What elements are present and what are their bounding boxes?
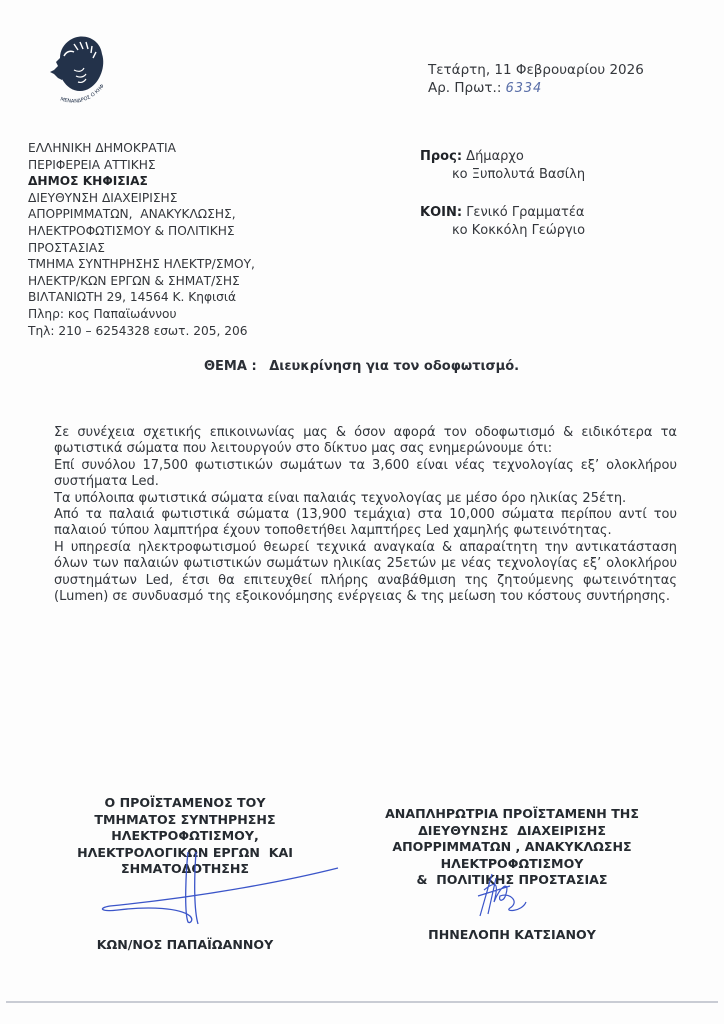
body-paragraph: Σε συνέχεια σχετικής επικοινωνίας μας & … — [54, 425, 677, 458]
sender-phone: Τηλ: 210 – 6254328 εσωτ. 205, 206 — [28, 323, 255, 340]
document-meta: Τετάρτη, 11 Φεβρουαρίου 2026 Αρ. Πρωτ.: … — [428, 61, 644, 97]
subject-line: ΘΕΜΑ : Διευκρίνηση για τον οδοφωτισμό. — [204, 359, 519, 374]
sender-line: ΠΕΡΙΦΕΡΕΙΑ ΑΤΤΙΚΗΣ — [28, 157, 255, 174]
to-label: Προς: — [420, 149, 462, 164]
signature-title-line: ΑΝΑΠΛΗΡΩΤΡΙΑ ΠΡΟΪΣΤΑΜΕΝΗ ΤΗΣ — [352, 806, 672, 823]
cc-recipient-name: κο Κοκκόλη Γεώργιο — [420, 222, 585, 240]
signature-title-line: ΔΙΕΥΘΥΝΣΗΣ ΔΙΑΧΕΙΡΙΣΗΣ — [352, 823, 672, 840]
body-paragraph: Επί συνόλου 17,500 φωτιστικών σωμάτων τα… — [54, 458, 677, 491]
protocol-number-row: Αρ. Πρωτ.: 6334 — [428, 79, 644, 97]
signature-title-line: ΑΠΟΡΡΙΜΜΑΤΩΝ , ΑΝΑΚΥΚΛΩΣΗΣ — [352, 839, 672, 856]
menander-head-icon: ΜΕΝΑΝΔΡΟΣ Ο ΚΗΦΙΣΙΕΥΣ — [40, 30, 112, 112]
to-recipient-name: κο Ξυπολυτά Βασίλη — [420, 166, 585, 184]
signature-title-line: ΗΛΕΚΤΡΟΦΩΤΙΣΜΟΥ — [352, 856, 672, 873]
to-recipient-title: Δήμαρχο — [466, 149, 524, 164]
page-bottom-rule — [6, 1001, 718, 1003]
subject-text: Διευκρίνηση για τον οδοφωτισμό. — [269, 359, 519, 374]
sender-block: ΕΛΛΗΝΙΚΗ ΔΗΜΟΚΡΑΤΙΑ ΠΕΡΙΦΕΡΕΙΑ ΑΤΤΙΚΗΣ Δ… — [28, 140, 255, 339]
sender-line: ΕΛΛΗΝΙΚΗ ΔΗΜΟΚΡΑΤΙΑ — [28, 140, 255, 157]
cc-recipient-title: Γενικό Γραμματέα — [466, 205, 584, 220]
signature-title-line: ΗΛΕΚΤΡΟΦΩΤΙΣΜΟΥ, — [50, 828, 320, 845]
signature-title-line: Ο ΠΡΟΪΣΤΑΜΕΝΟΣ ΤΟΥ — [50, 795, 320, 812]
signatory-name-right: ΠΗΝΕΛΟΠΗ ΚΑΤΣΙΑΝΟΥ — [352, 927, 672, 944]
sender-contact: Πληρ: κος Παπαϊωάννου — [28, 306, 255, 323]
cc-label: ΚΟΙΝ: — [420, 205, 462, 220]
sender-line: ΑΠΟΡΡΙΜΜΑΤΩΝ, ΑΝΑΚΥΚΛΩΣΗΣ, — [28, 206, 255, 223]
body-paragraph: Από τα παλαιά φωτιστικά σώματα (13,900 τ… — [54, 507, 677, 540]
sender-line: ΗΛΕΚΤΡ/ΚΩΝ ΕΡΓΩΝ & ΣΗΜΑΤ/ΣΗΣ — [28, 273, 255, 290]
sender-line: ΔΙΕΥΘΥΝΣΗ ΔΙΑΧΕΙΡΙΣΗΣ — [28, 190, 255, 207]
handwritten-signature-right — [470, 872, 540, 920]
recipients-block: Προς: Δήμαρχο κο Ξυπολυτά Βασίλη ΚΟΙΝ: Γ… — [420, 148, 585, 240]
subject-label: ΘΕΜΑ : — [204, 359, 257, 374]
sender-line: ΗΛΕΚΤΡΟΦΩΤΙΣΜΟΥ & ΠΟΛΙΤΙΚΗΣ — [28, 223, 255, 240]
sender-line: ΠΡΟΣΤΑΣΙΑΣ — [28, 240, 255, 257]
handwritten-signature-left — [90, 850, 340, 930]
sender-line: ΤΜΗΜΑ ΣΥΝΤΗΡΗΣΗΣ ΗΛΕΚΤΡ/ΣΜΟΥ, — [28, 256, 255, 273]
protocol-label: Αρ. Πρωτ.: — [428, 80, 501, 96]
municipality-logo: ΜΕΝΑΝΔΡΟΣ Ο ΚΗΦΙΣΙΕΥΣ — [40, 30, 112, 112]
sender-address: ΒΙΛΤΑΝΙΩΤΗ 29, 14564 Κ. Κηφισιά — [28, 289, 255, 306]
body-paragraph: Τα υπόλοιπα φωτιστικά σώματα είναι παλαι… — [54, 491, 677, 507]
protocol-number: 6334 — [506, 80, 543, 96]
sender-municipality: ΔΗΜΟΣ ΚΗΦΙΣΙΑΣ — [28, 173, 255, 190]
signatory-name-left: ΚΩΝ/ΝΟΣ ΠΑΠΑΪΩΑΝΝΟΥ — [50, 937, 320, 954]
letter-body: Σε συνέχεια σχετικής επικοινωνίας μας & … — [54, 425, 677, 605]
document-date: Τετάρτη, 11 Φεβρουαρίου 2026 — [428, 61, 644, 79]
signature-title-line: ΤΜΗΜΑΤΟΣ ΣΥΝΤΗΡΗΣΗΣ — [50, 812, 320, 829]
body-paragraph: Η υπηρεσία ηλεκτροφωτισμού θεωρεί τεχνικ… — [54, 540, 677, 606]
